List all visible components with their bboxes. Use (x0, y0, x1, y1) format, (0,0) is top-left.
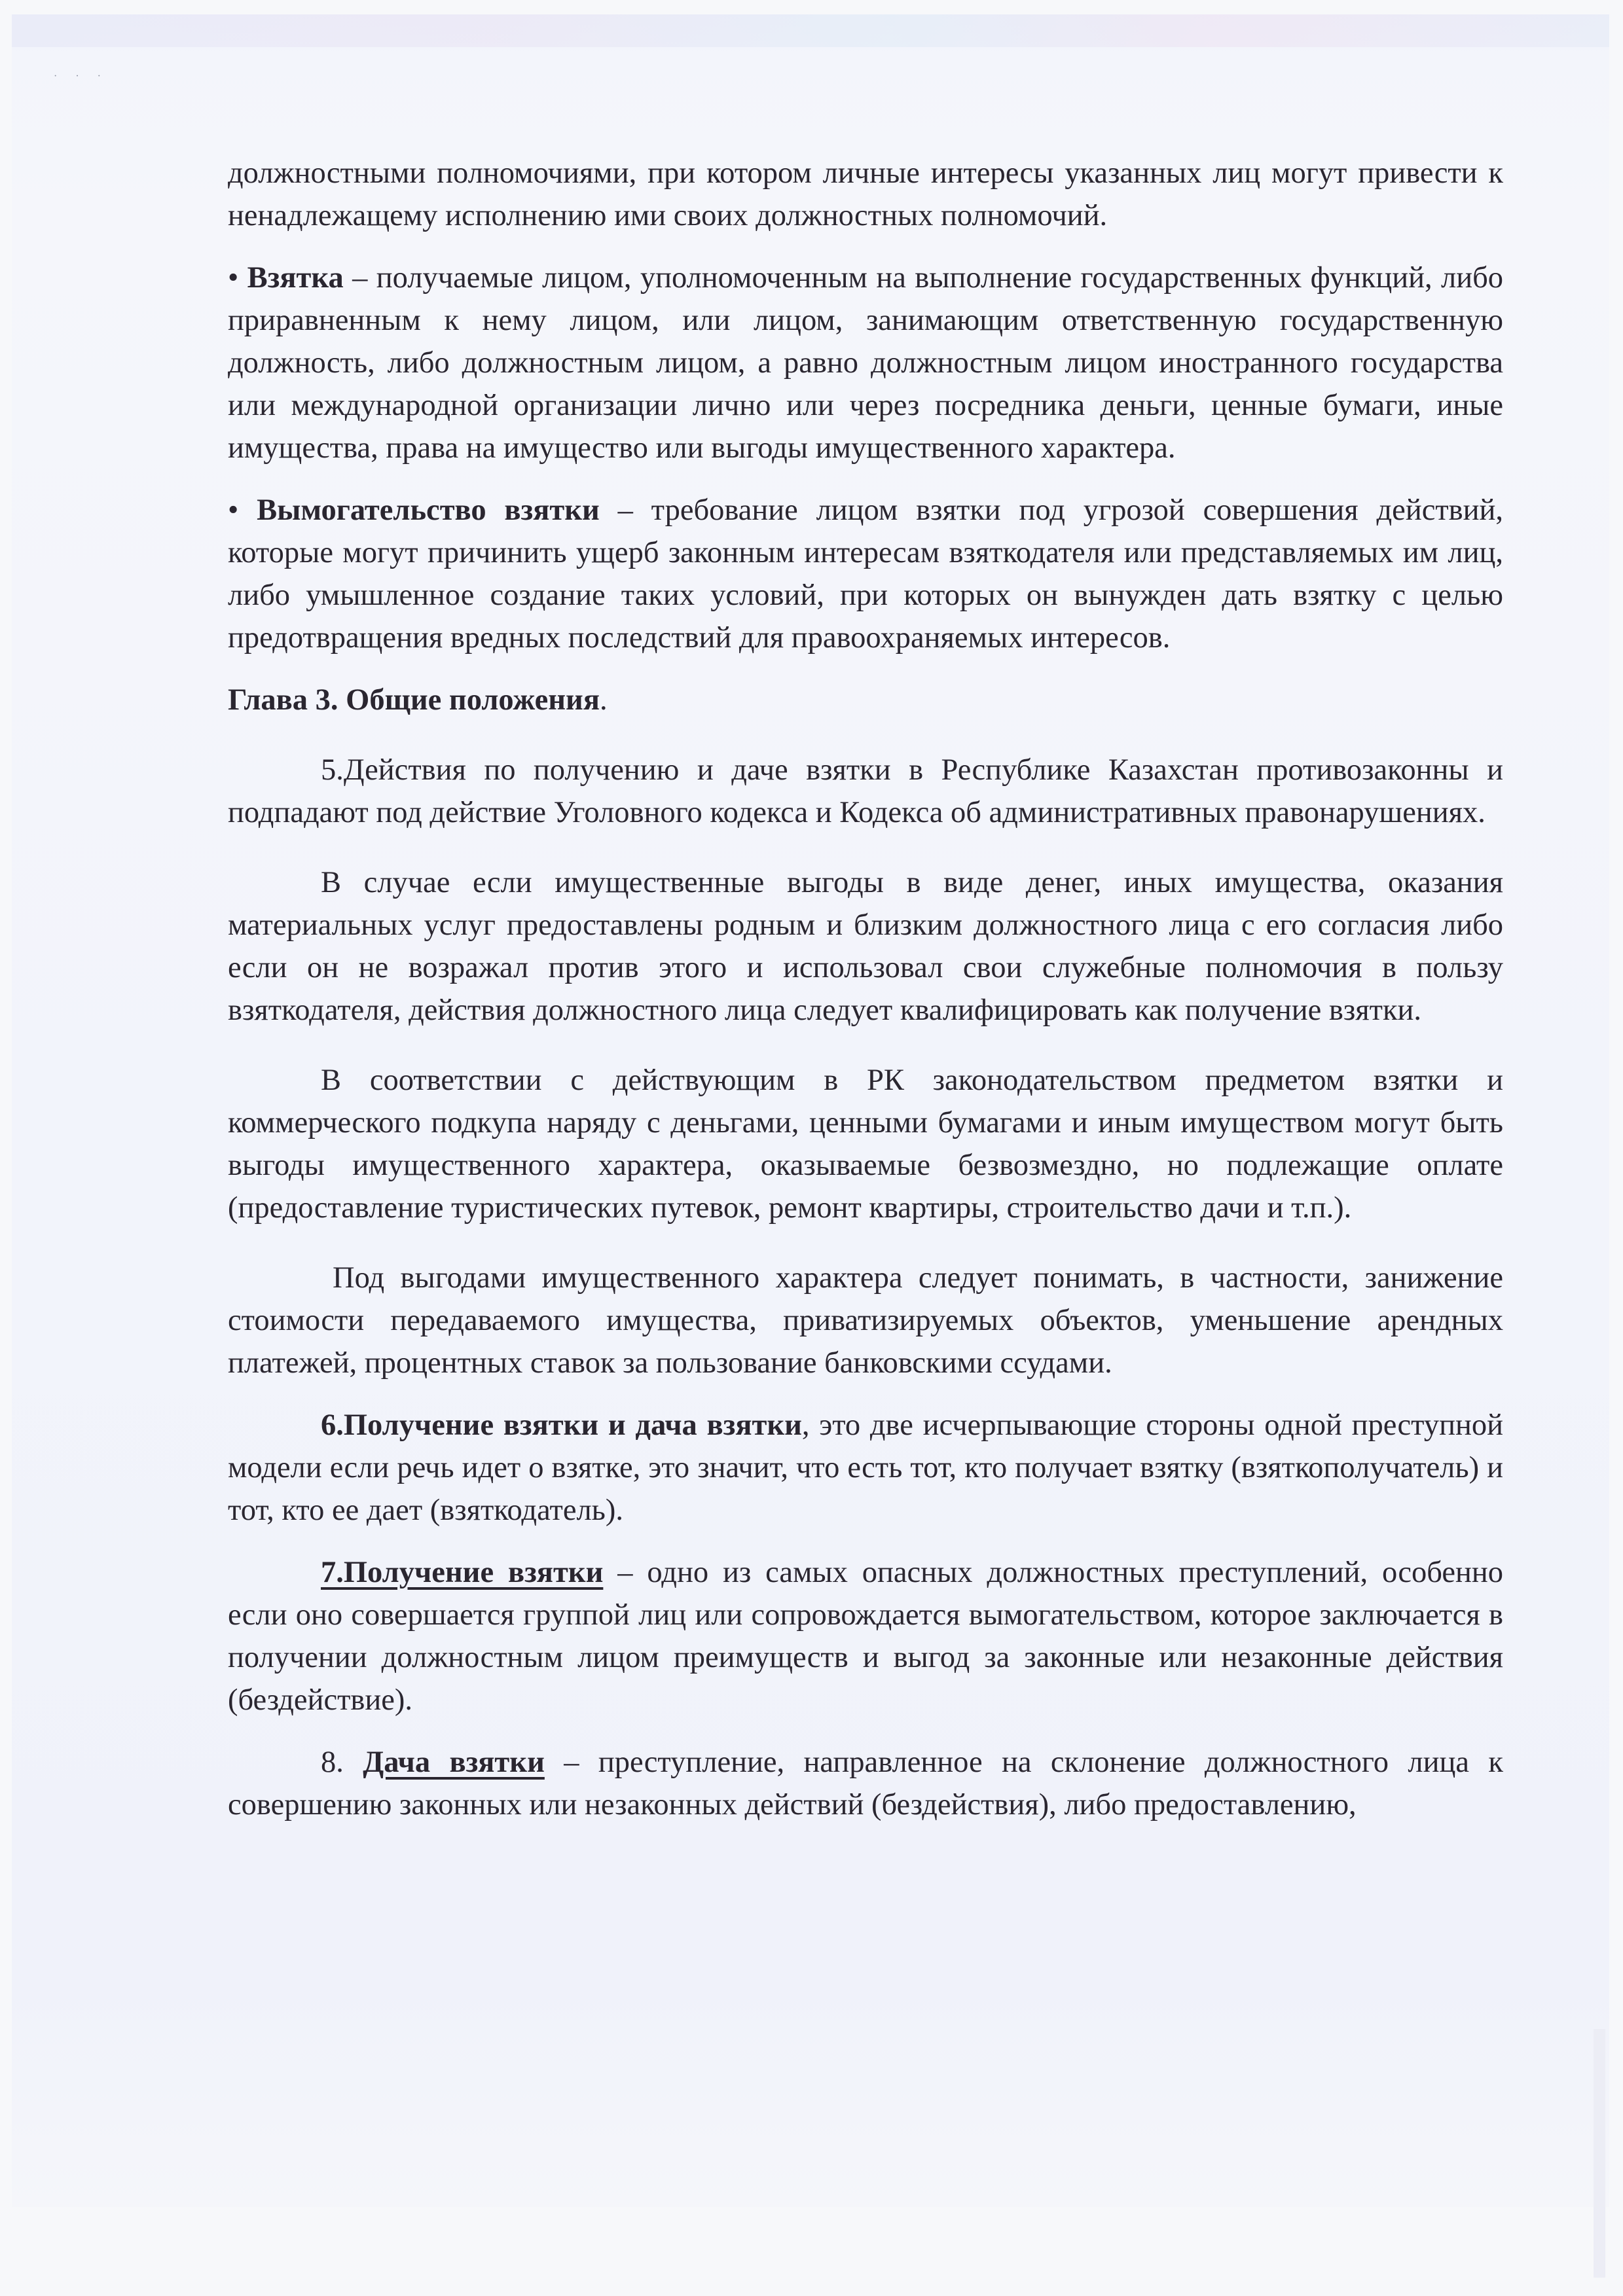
chapter-title-period: . (600, 683, 608, 717)
definition-text: – получаемые лицом, уполномоченным на вы… (228, 261, 1503, 465)
paragraph-text: должностными полномочиями, при котором л… (228, 156, 1503, 232)
section-7: 7.Получение взятки – одно из самых опасн… (228, 1551, 1503, 1721)
section-5-paragraph-3: В соответствии с действующим в РК законо… (228, 1059, 1503, 1229)
scan-artifact-band (12, 14, 1609, 47)
paragraph-continuation: должностными полномочиями, при котором л… (228, 152, 1503, 237)
bullet-icon: • (228, 493, 238, 527)
term-giving-bribe: Дача взятки (363, 1746, 545, 1779)
bullet-icon: • (228, 261, 238, 295)
paragraph-text: 5.Действия по получению и даче взятки в … (228, 753, 1503, 829)
page-edge-strip (1594, 2029, 1605, 2278)
section-5: 5.Действия по получению и даче взятки в … (228, 749, 1503, 834)
section-5-paragraph-4: Под выгодами имущественного характера сл… (228, 1257, 1503, 1384)
paragraph-text: В соответствии с действующим в РК законо… (228, 1064, 1503, 1225)
term-bribe: Взятка (247, 261, 344, 295)
definition-extortion: • Вымогательство взятки – требование лиц… (228, 489, 1503, 659)
chapter-title: Глава 3. Общие положения (228, 683, 600, 717)
term-extortion: Вымогательство взятки (257, 493, 600, 527)
section-6: 6.Получение взятки и дача взятки, это дв… (228, 1404, 1503, 1532)
definition-bribe: • Взятка – получаемые лицом, уполномочен… (228, 257, 1503, 469)
section-number: 8. (321, 1746, 363, 1779)
chapter-heading: Глава 3. Общие положения. (228, 679, 1503, 721)
section-8: 8. Дача взятки – преступление, направлен… (228, 1741, 1503, 1826)
term-receiving-and-giving-bribe: 6.Получение взятки и дача взятки (321, 1408, 802, 1442)
section-5-paragraph-2: В случае если имущественные выгоды в вид… (228, 861, 1503, 1031)
term-receiving-bribe: 7.Получение взятки (321, 1556, 603, 1589)
scan-speck-marks: · · · (54, 71, 145, 110)
paragraph-text: В случае если имущественные выгоды в вид… (228, 866, 1503, 1027)
paragraph-text: Под выгодами имущественного характера сл… (228, 1261, 1503, 1380)
document-body: должностными полномочиями, при котором л… (228, 152, 1503, 1840)
